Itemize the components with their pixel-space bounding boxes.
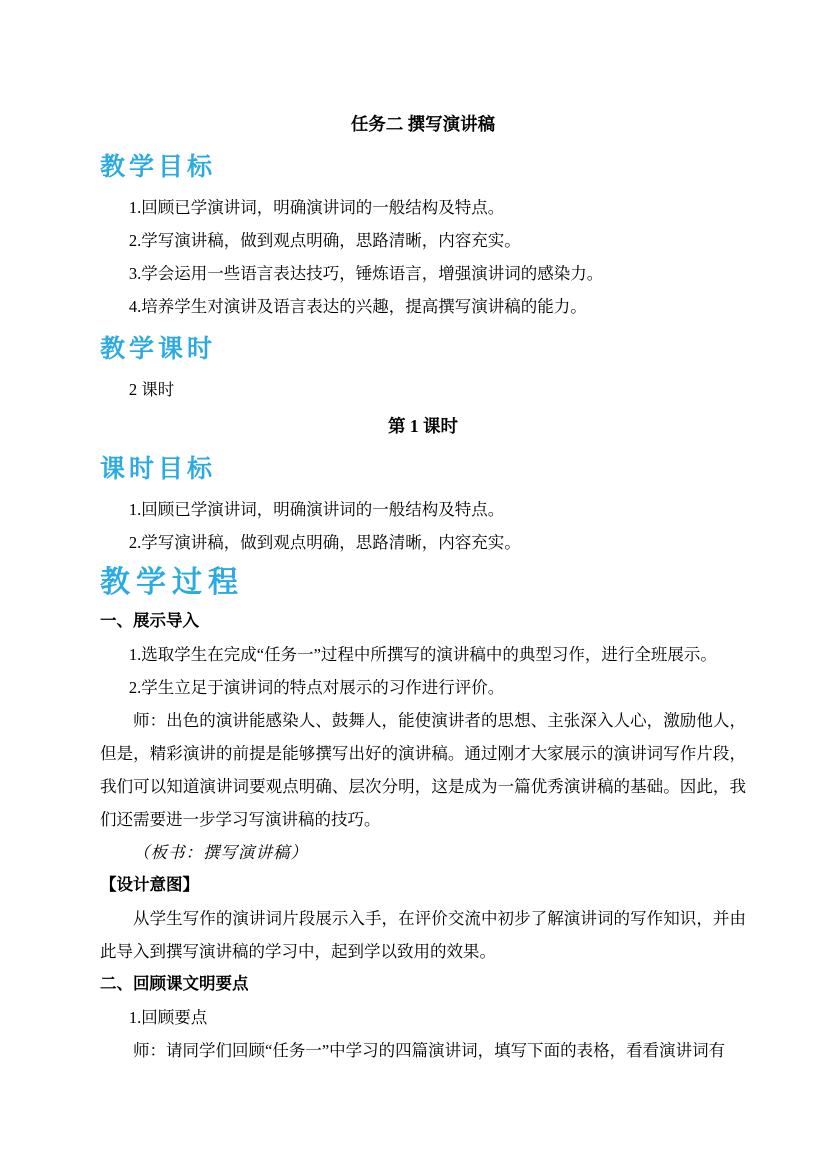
heading-teaching-periods: 教学课时 bbox=[100, 331, 746, 367]
teaching-goal-item: 1.回顾已学演讲词，明确演讲词的一般结构及特点。 bbox=[100, 191, 746, 224]
teaching-goal-item: 2.学写演讲稿，做到观点明确，思路清晰，内容充实。 bbox=[100, 224, 746, 257]
teaching-goal-item: 3.学会运用一些语言表达技巧，锤炼语言，增强演讲词的感染力。 bbox=[100, 257, 746, 290]
design-intent-text: 从学生写作的演讲词片段展示入手，在评价交流中初步了解演讲词的写作知识，并由此导入… bbox=[100, 902, 746, 968]
heading-teaching-goals: 教学目标 bbox=[100, 149, 746, 185]
heading-period-goals: 课时目标 bbox=[100, 451, 746, 487]
part2-teacher-talk: 师：请同学们回顾“任务一”中学习的四篇演讲词，填写下面的表格，看看演讲词有 bbox=[100, 1034, 746, 1067]
document-title: 任务二 撰写演讲稿 bbox=[100, 108, 746, 141]
part1-teacher-talk: 师：出色的演讲能感染人、鼓舞人，能使演讲者的思想、主张深入人心，激励他人，但是，… bbox=[100, 704, 746, 836]
heading-period-1: 第 1 课时 bbox=[100, 410, 746, 443]
part2-step: 1.回顾要点 bbox=[100, 1001, 746, 1034]
document-page: 任务二 撰写演讲稿 教学目标 1.回顾已学演讲词，明确演讲词的一般结构及特点。 … bbox=[0, 0, 827, 1169]
part1-step: 1.选取学生在完成“任务一”过程中所撰写的演讲稿中的典型习作，进行全班展示。 bbox=[100, 638, 746, 671]
part1-step: 2.学生立足于演讲词的特点对展示的习作进行评价。 bbox=[100, 671, 746, 704]
teaching-periods-value: 2 课时 bbox=[100, 373, 746, 406]
period-goal-item: 2.学写演讲稿，做到观点明确，思路清晰，内容充实。 bbox=[100, 526, 746, 559]
heading-part1-display-intro: 一、展示导入 bbox=[100, 605, 746, 638]
teaching-goal-item: 4.培养学生对演讲及语言表达的兴趣，提高撰写演讲稿的能力。 bbox=[100, 290, 746, 323]
heading-teaching-process: 教学过程 bbox=[100, 563, 746, 603]
heading-part2-review-texts: 二、回顾课文明要点 bbox=[100, 968, 746, 1001]
heading-design-intent: 【设计意图】 bbox=[100, 869, 746, 902]
part1-board-note: （板书：撰写演讲稿） bbox=[100, 836, 746, 869]
period-goal-item: 1.回顾已学演讲词，明确演讲词的一般结构及特点。 bbox=[100, 493, 746, 526]
